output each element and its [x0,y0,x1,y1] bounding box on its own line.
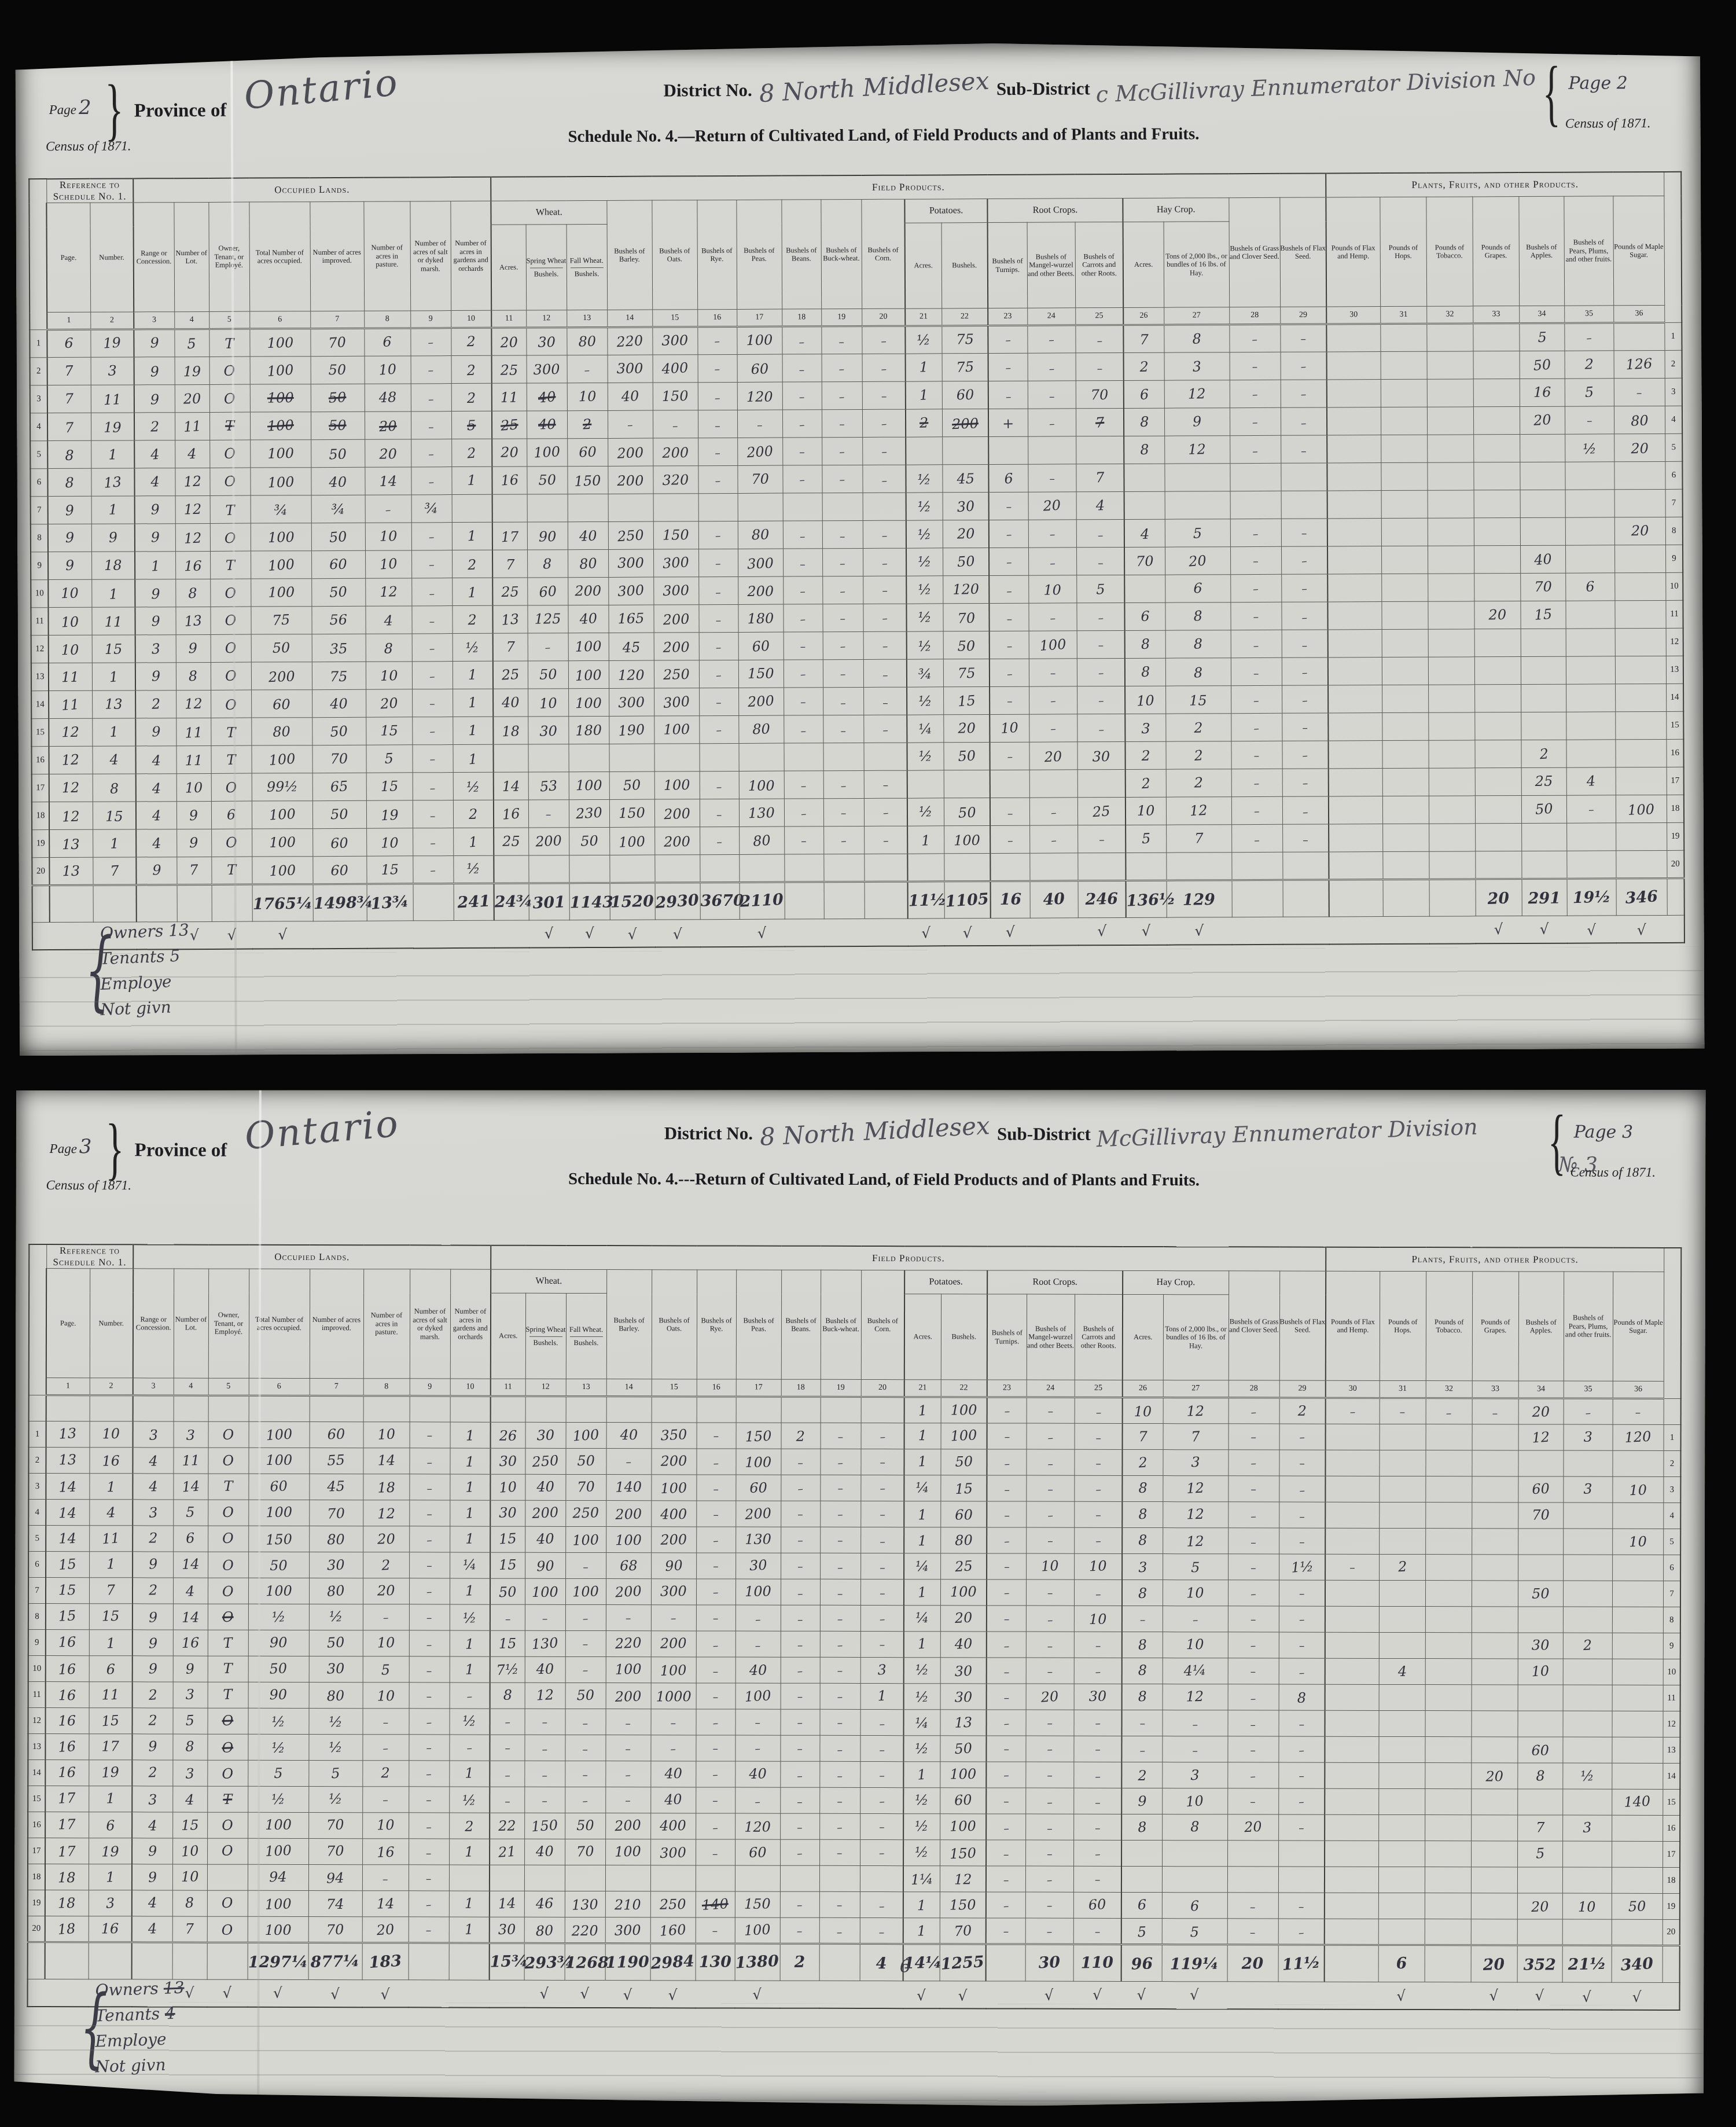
data-cell: 40 [606,1423,652,1449]
row-number-left: 17 [28,1838,45,1864]
handwritten-value: – [625,1769,631,1782]
handwritten-value: 15 [380,778,398,795]
check-cell [1329,917,1383,945]
data-cell [1327,546,1381,574]
totals-cell [986,1944,1025,1981]
handwritten-value: 1 [465,1427,475,1444]
handwritten-value: 6 [1137,1897,1146,1913]
totals-cell: 21½ [1562,1945,1612,1982]
handwritten-value: 10 [1137,692,1155,709]
data-cell [1612,1867,1663,1893]
data-cell: – [409,1656,450,1683]
data-cell: 20 [1029,742,1077,770]
handwritten-value: 20 [958,720,976,736]
data-cell: – [698,576,738,604]
data-cell: – [409,1813,449,1839]
handwritten-value: 1 [465,1636,474,1652]
row-number-left: 14 [28,1759,45,1786]
handwritten-value: 210 [615,1897,641,1913]
data-cell: – [1073,1840,1121,1866]
data-cell [1325,1893,1378,1919]
data-cell: – [1229,1398,1279,1424]
data-cell: – [413,800,453,828]
data-cell: 1 [89,1552,133,1578]
data-cell: 1 [450,1630,490,1656]
data-cell: ½ [906,604,943,631]
data-cell: – [822,465,862,493]
data-cell: – [987,1606,1026,1632]
data-cell: – [822,520,863,548]
handwritten-value: ½ [463,1610,477,1626]
handwritten-value: – [426,1716,432,1729]
handwritten-value: 30 [327,1661,345,1677]
handwritten-value: 5 [1193,525,1202,541]
totals-cell: 6 [1378,1945,1425,1982]
data-cell: – [1564,1398,1613,1424]
data-cell: 20 [362,1917,409,1943]
handwritten-value: – [837,1562,843,1574]
data-cell: 70 [312,745,366,773]
handwritten-value: 100 [572,1584,599,1600]
table-body: 161995T100706–2203080220300–100–––½75–––… [30,322,1684,950]
data-cell: – [1281,602,1327,630]
handwritten-value: – [1007,807,1013,820]
data-cell: – [820,1553,860,1579]
handwritten-value: 16 [58,1661,76,1678]
handwritten-value: – [1301,527,1307,539]
data-cell: 10 [1028,575,1076,603]
handwritten-value: 2 [468,556,477,573]
data-cell: O [209,440,250,468]
data-cell: ½ [906,493,943,520]
handwritten-value: 80 [273,723,290,740]
data-cell: 9 [176,829,211,857]
data-cell: – [696,1761,735,1787]
data-cell: – [820,1501,860,1527]
handwritten-value: 50 [957,638,975,654]
handwritten-value: – [626,1743,631,1755]
data-cell: 50 [565,1813,605,1839]
handwritten-value: 11 [101,1687,119,1703]
data-cell [1121,1866,1162,1892]
data-cell: 200 [654,799,700,827]
handwritten-value: ½ [915,1740,929,1757]
data-cell [491,1396,525,1422]
column-header: Number of acres of salt or dyked marsh. [410,1269,450,1379]
handwritten-value: 1 [921,832,930,849]
handwritten-value: T [223,1634,233,1651]
handwritten-value: – [1095,1770,1101,1783]
handwritten-value: ½ [917,471,931,487]
row-number-right: 8 [1665,517,1683,545]
handwritten-value: O [222,1427,234,1443]
handwritten-value: – [1251,1431,1257,1443]
data-cell: 16 [89,1448,133,1474]
data-cell: – [780,1839,819,1865]
handwritten-value: O [222,1843,233,1859]
handwritten-value: 100 [265,1582,292,1599]
data-cell: 6 [1162,1893,1227,1919]
handwritten-value: – [1004,1430,1010,1443]
data-cell: 19 [90,329,134,357]
row-number-left: 9 [28,1629,46,1655]
data-cell: 90 [248,1682,309,1708]
handwritten-value: 100 [744,1921,771,1938]
data-cell: 17 [45,1838,89,1864]
totals-cell: 3670 [700,882,740,919]
column-header: Bushels of Peas. [736,200,782,309]
handwritten-value: – [1049,390,1055,403]
handwritten-value: – [1301,554,1308,567]
column-number: 17 [737,309,782,326]
data-cell: – [1281,380,1327,407]
handwritten-value: 10 [379,555,398,572]
data-cell: 6 [211,801,252,829]
data-cell: – [700,771,739,799]
group-row: Reference to Schedule No. 1.Occupied Lan… [29,1244,1681,1272]
data-cell: 7 [1123,1423,1163,1449]
handwritten-value: 9 [189,834,198,850]
check-cell: √ [939,1982,985,2010]
data-cell: – [1565,406,1614,434]
data-cell: 6 [89,1812,132,1838]
handwritten-value: 30 [499,1453,517,1470]
handwritten-value: – [1046,1873,1053,1887]
data-cell [1615,628,1666,656]
data-cell: 3 [1564,1424,1613,1450]
data-cell: 100 [735,1917,780,1944]
handwritten-value: 9 [150,501,160,517]
handwritten-value: – [881,445,887,458]
data-cell: – [863,631,907,659]
handwritten-value: 100 [615,1661,642,1678]
totals-cell: 136½ [1126,880,1167,917]
data-cell: 200 [653,605,698,633]
schedule-title: Schedule No. 4.---Return of Cultivated L… [305,1169,1462,1191]
handwritten-value: 12 [183,530,202,546]
data-cell: 8 [1165,630,1231,658]
data-cell: 80 [738,715,784,743]
data-cell [1562,1789,1612,1815]
data-cell: 300 [605,1917,650,1944]
handwritten-value: – [799,473,806,486]
handwritten-value: – [881,335,887,348]
handwritten-value: 12 [1188,385,1206,402]
data-cell: 4 [92,746,135,774]
data-cell: – [409,1552,450,1578]
data-cell: 100 [609,827,654,855]
data-cell [1473,435,1520,462]
row-number-left: 1 [29,1421,46,1447]
data-cell [1521,629,1566,656]
handwritten-value: – [1098,666,1104,679]
handwritten-value: 45 [622,639,641,656]
handwritten-value: 100 [615,1532,642,1548]
handwritten-value: 1 [877,1688,887,1704]
data-cell: – [822,381,862,409]
handwritten-value: 30 [1089,1688,1107,1704]
data-cell: 100 [940,1579,987,1606]
handwritten-value: O [222,1584,234,1600]
handwritten-value: – [1250,1795,1256,1808]
handwritten-value: 3 [149,1427,158,1443]
data-cell: 70 [940,1918,986,1944]
totals-cell: 301 [529,883,569,920]
data-cell [1612,1685,1663,1711]
handwritten-value: – [625,1794,631,1807]
data-cell [906,437,942,465]
handwritten-value: 10 [380,667,398,684]
province-label: Province of [135,1140,227,1161]
handwritten-value: 1 [917,1584,927,1601]
data-cell: 1 [450,1526,490,1552]
handwritten-value: 1¼ [910,1871,933,1888]
handwritten-value: 20 [1487,889,1510,908]
data-cell: 25 [1521,767,1566,795]
data-cell [1475,796,1521,824]
handwritten-value: – [428,421,434,434]
handwritten-value: O [223,390,236,407]
handwritten-value: – [1299,1613,1305,1626]
data-cell: – [698,521,738,549]
handwritten-value: – [1250,1901,1256,1913]
handwritten-value: – [542,1716,548,1729]
data-cell [1325,1788,1378,1814]
data-cell: – [1163,1710,1228,1736]
handwritten-value: 40 [579,610,598,627]
data-cell: 40 [312,689,366,717]
handwritten-value: 30 [954,1689,972,1705]
data-cell: 13 [175,607,210,634]
handwritten-value: – [1047,1587,1053,1600]
data-cell: 2 [567,410,608,438]
data-cell: 10 [365,550,411,578]
corner-cell [29,1244,47,1395]
handwritten-value: 6 [1193,580,1202,596]
data-cell: – [490,1735,524,1761]
row-number-left: 13 [31,663,49,691]
handwritten-value: 6 [383,333,392,350]
data-cell: 10 [1613,1476,1664,1503]
handwritten-value: 94 [269,1869,287,1886]
handwritten-value: 150 [619,804,646,821]
data-cell [1563,1711,1612,1737]
data-cell: – [409,1474,450,1500]
handwritten-value: – [712,1847,718,1860]
data-cell: ½ [453,772,494,800]
data-cell: 40 [527,383,567,411]
handwritten-value: – [426,1585,433,1598]
handwritten-value: – [583,1561,589,1574]
data-cell: – [781,1475,820,1501]
data-cell: ¼ [904,1553,940,1579]
data-cell [1329,852,1382,880]
handwritten-value: 40 [664,1765,682,1781]
data-cell: 10 [1123,1397,1163,1423]
handwritten-value: – [840,640,846,652]
handwritten-value: 80 [327,1531,345,1548]
data-cell: 250 [525,1448,566,1474]
data-cell: 6 [364,328,410,356]
handwritten-value: ¾ [425,500,439,516]
handwritten-value: 30 [956,498,974,515]
data-cell: 50 [311,578,365,606]
handwritten-value: – [383,1611,389,1624]
corner-cell [29,179,47,330]
data-cell [1566,629,1615,656]
handwritten-value: – [837,1795,843,1808]
check-cell: √ [1562,1982,1612,2011]
data-cell [1471,1789,1517,1815]
data-cell: 1 [92,663,135,690]
check-cell: √ [1517,1981,1562,2010]
handwritten-value: – [839,418,845,431]
handwritten-value: 18 [58,1895,76,1912]
table-row: 12161525O½½––½––––––––––¼13–––––––12 [28,1707,1680,1737]
data-cell: – [524,1735,565,1761]
handwritten-value: – [626,1717,631,1730]
handwritten-value: 16 [101,1920,119,1937]
handwritten-value: – [712,1768,719,1781]
handwritten-value: 3 [108,362,117,379]
handwritten-value: ½ [917,526,932,543]
data-cell [1328,713,1382,741]
data-cell: 150 [940,1892,986,1918]
handwritten-value: – [797,1924,803,1937]
handwritten-value: – [426,1742,432,1754]
handwritten-value: O [225,779,238,796]
handwritten-value: 1 [918,1507,927,1523]
handwritten-value: 11 [101,1530,120,1547]
data-cell: 9 [1164,408,1230,436]
table-row: 414435O1007012–130200250200400–200–––160… [28,1499,1680,1529]
data-cell: – [1077,825,1126,853]
data-cell [1616,739,1667,767]
data-cell: 16 [46,1682,89,1708]
data-cell [1612,1711,1663,1737]
data-cell: – [1231,630,1282,657]
handwritten-value: 20 [501,444,518,460]
data-cell: 45 [309,1474,363,1500]
handwritten-value: 12 [536,1687,554,1703]
data-cell: 15 [940,1475,987,1501]
data-cell [1124,464,1164,491]
data-cell [1615,600,1666,628]
handwritten-value: 60 [330,862,348,879]
handwritten-value: – [879,1718,885,1731]
handwritten-value: 200 [268,668,295,685]
handwritten-value: 120 [952,581,980,597]
data-cell [1472,1503,1518,1529]
data-cell: 165 [608,605,653,633]
handwritten-value: 1 [920,359,929,375]
column-number: 21 [905,308,941,326]
data-cell: 8 [175,579,210,607]
handwritten-value: – [1049,362,1054,375]
handwritten-value: 10 [1629,1534,1647,1551]
handwritten-value: – [425,1898,432,1912]
totals-cell [819,1944,860,1981]
data-cell [1473,379,1520,407]
column-header: Bushels of Pears, Plums, and other fruit… [1564,1272,1613,1381]
handwritten-value: 100 [265,1426,292,1443]
data-cell: – [989,492,1028,520]
data-cell [1563,1529,1612,1555]
handwritten-value: – [1253,610,1259,623]
data-cell: 9 [133,1552,173,1578]
handwritten-value: 100 [267,335,294,351]
handwritten-value: 100 [264,1922,291,1938]
data-cell: 2 [449,1813,490,1839]
handwritten-value: 9 [152,723,161,740]
handwritten-value: 25 [501,583,519,600]
data-cell [1378,1814,1425,1841]
data-cell: 300 [653,549,698,577]
row-number-right: 8 [1663,1607,1680,1633]
check-cell [449,1980,490,2008]
data-cell: 2 [452,550,492,578]
data-cell: – [986,1788,1025,1814]
handwritten-value: 11½ [908,891,947,910]
data-cell [1382,740,1429,768]
handwritten-value: 200 [663,639,690,656]
handwritten-value: 74 [326,1896,344,1912]
data-cell [1613,322,1664,350]
handwritten-value: 7 [185,1920,194,1937]
data-cell: 50 [311,412,365,439]
data-cell: – [411,439,451,467]
handwritten-value: – [1004,1483,1010,1496]
data-cell: O [211,829,252,857]
data-cell: 10 [362,1813,409,1839]
column-number: 27 [1164,307,1229,325]
sheet-header: Page 3 Census of 1871. } Province of Ont… [16,1086,1705,1229]
data-cell [1425,1711,1472,1737]
data-cell: – [1228,1658,1279,1684]
handwritten-value: 200 [615,1688,642,1705]
data-cell: 1 [449,1839,490,1865]
handwritten-value: 5 [1538,329,1547,346]
data-cell: 40 [650,1787,696,1813]
handwritten-value: 20 [376,1921,395,1938]
handwritten-value: 100 [575,667,602,684]
check-cell [413,921,454,949]
handwritten-value: 100 [267,417,294,434]
handwritten-value: – [878,1900,884,1913]
data-cell: 25 [940,1553,987,1579]
handwritten-value: 4 [1586,773,1596,789]
data-cell [1474,657,1521,685]
check-cell: √ [1166,916,1232,945]
data-cell: 9 [48,552,91,579]
data-cell: 50 [311,523,365,550]
handwritten-value: 4 [148,1817,157,1834]
data-cell: ¼ [904,1710,940,1736]
data-cell: – [987,1684,1026,1710]
data-cell: – [699,688,738,715]
column-number: 6 [249,311,310,329]
data-cell: – [606,1605,651,1631]
handwritten-value: 1 [465,1582,475,1599]
data-cell: 50 [312,717,366,745]
data-cell: 100 [252,801,312,829]
handwritten-value: 3 [148,1791,157,1808]
handwritten-value: – [426,1690,432,1703]
handwritten-value: – [1250,1613,1256,1626]
data-cell [492,494,527,522]
handwritten-value: 12 [183,473,201,490]
data-cell [1325,1632,1379,1658]
